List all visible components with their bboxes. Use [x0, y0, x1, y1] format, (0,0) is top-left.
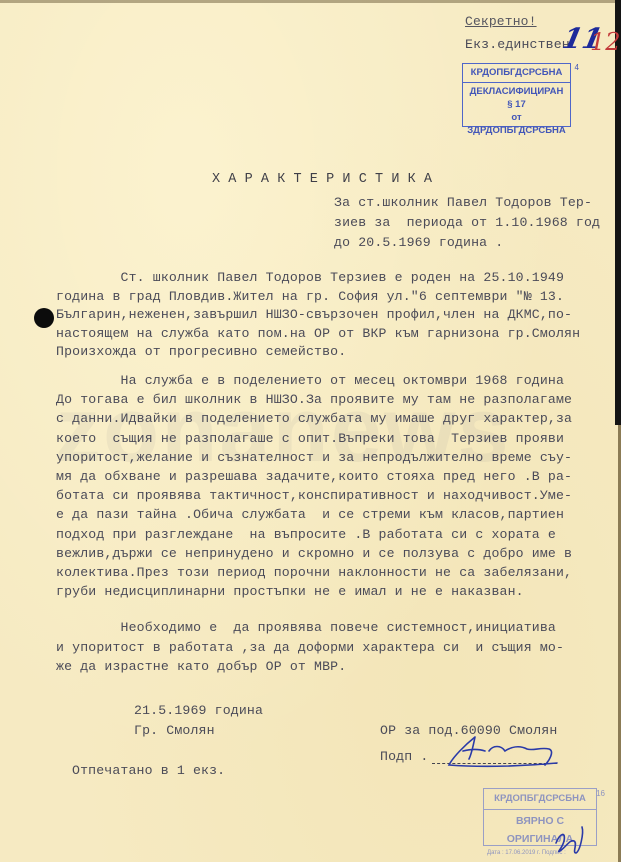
body-line: е да пази тайна .Обича службата и се стр…: [56, 507, 564, 522]
stamp-signature-icon: [550, 823, 590, 859]
body-line: Ст. школник Павел Тодоров Терзиев е роде…: [56, 270, 564, 285]
body-line: мя да обхване и разрешава задачите,които…: [56, 469, 572, 484]
body-line: Необходимо е да проявява повече системно…: [56, 620, 556, 635]
body-line: с данни.Идвайки в поделението службата м…: [56, 411, 572, 426]
subject-line-3: до 20.5.1969 година .: [334, 235, 503, 250]
stamp-index: 4: [575, 59, 579, 77]
document-title: ХАРАКТЕРИСТИКА: [212, 172, 440, 187]
copy-note: Екз.единствен: [465, 37, 570, 52]
subject-line-2: зиев за периода от 1.10.1968 год: [334, 215, 600, 230]
body-line: груби недисциплинарни простъпки не е има…: [56, 584, 524, 599]
body-line: година в град Пловдив.Жител на гр. София…: [56, 289, 564, 304]
stamp-date-label: Дата :: [487, 850, 504, 856]
stamp-agency: КРДОПБГДСРСБНА: [471, 67, 563, 78]
body-line: упоритост,желание и съзнателност и за не…: [56, 450, 572, 465]
classification-label: Секретно!: [465, 14, 537, 29]
document-place: Гр. Смолян: [134, 723, 215, 738]
document-date: 21.5.1969 година: [134, 703, 263, 718]
body-line: и упоритост в работата ,за да доформи ха…: [56, 640, 564, 655]
punch-hole: [34, 308, 54, 328]
body-line: подход при разглеждане на въпросите .В р…: [56, 527, 556, 542]
stamp-status: ДЕКЛАСИФИЦИРАН: [463, 85, 570, 98]
body-line: ботата си проявява тактичност,конспирати…: [56, 488, 572, 503]
body-line: колектива.През този период порочни накло…: [56, 565, 572, 580]
document-page: zonanews Секретно! Екз.единствен 11 12 К…: [0, 0, 621, 862]
body-line: Българин,неженен,завършил НШЗО-свързочен…: [56, 307, 572, 322]
signature-icon: [445, 727, 565, 772]
body-line: На служба е в поделението от месец октом…: [56, 373, 564, 388]
body-line: вежлив,държи се непринудено и скромно и …: [56, 546, 572, 561]
stamp-date-value: 17.06.2019 г.: [505, 850, 540, 856]
scan-border: [615, 0, 621, 425]
body-line: настоящем на служба като пом.на ОР от ВК…: [56, 326, 580, 341]
page-top-edge: [0, 0, 621, 3]
stamp-section: § 17: [463, 98, 570, 111]
body-line: же да израстне като добър ОР от МВР.: [56, 659, 346, 674]
body-line: Произхожда от прогресивно семейство.: [56, 344, 346, 359]
body-line: което същия не разполагаше с опит.Въпрек…: [56, 431, 564, 446]
subject-line-1: За ст.школник Павел Тодоров Тер-: [334, 195, 592, 210]
signature-label: Подп .: [380, 749, 428, 764]
declassified-stamp: КРДОПБГДСРСБНА4 ДЕКЛАСИФИЦИРАН § 17 от З…: [462, 63, 571, 127]
body-line: До тогава е бил школник в НШЗО.За прояви…: [56, 392, 572, 407]
print-note: Отпечатано в 1 екз.: [72, 763, 225, 778]
stamp-agency: КРДОПБГДСРСБНА: [494, 793, 586, 804]
stamp-index: 16: [596, 784, 605, 804]
handwritten-number-red: 12: [590, 28, 621, 56]
stamp-from: от ЗДРДОПБГДСРСБНА: [463, 111, 570, 137]
